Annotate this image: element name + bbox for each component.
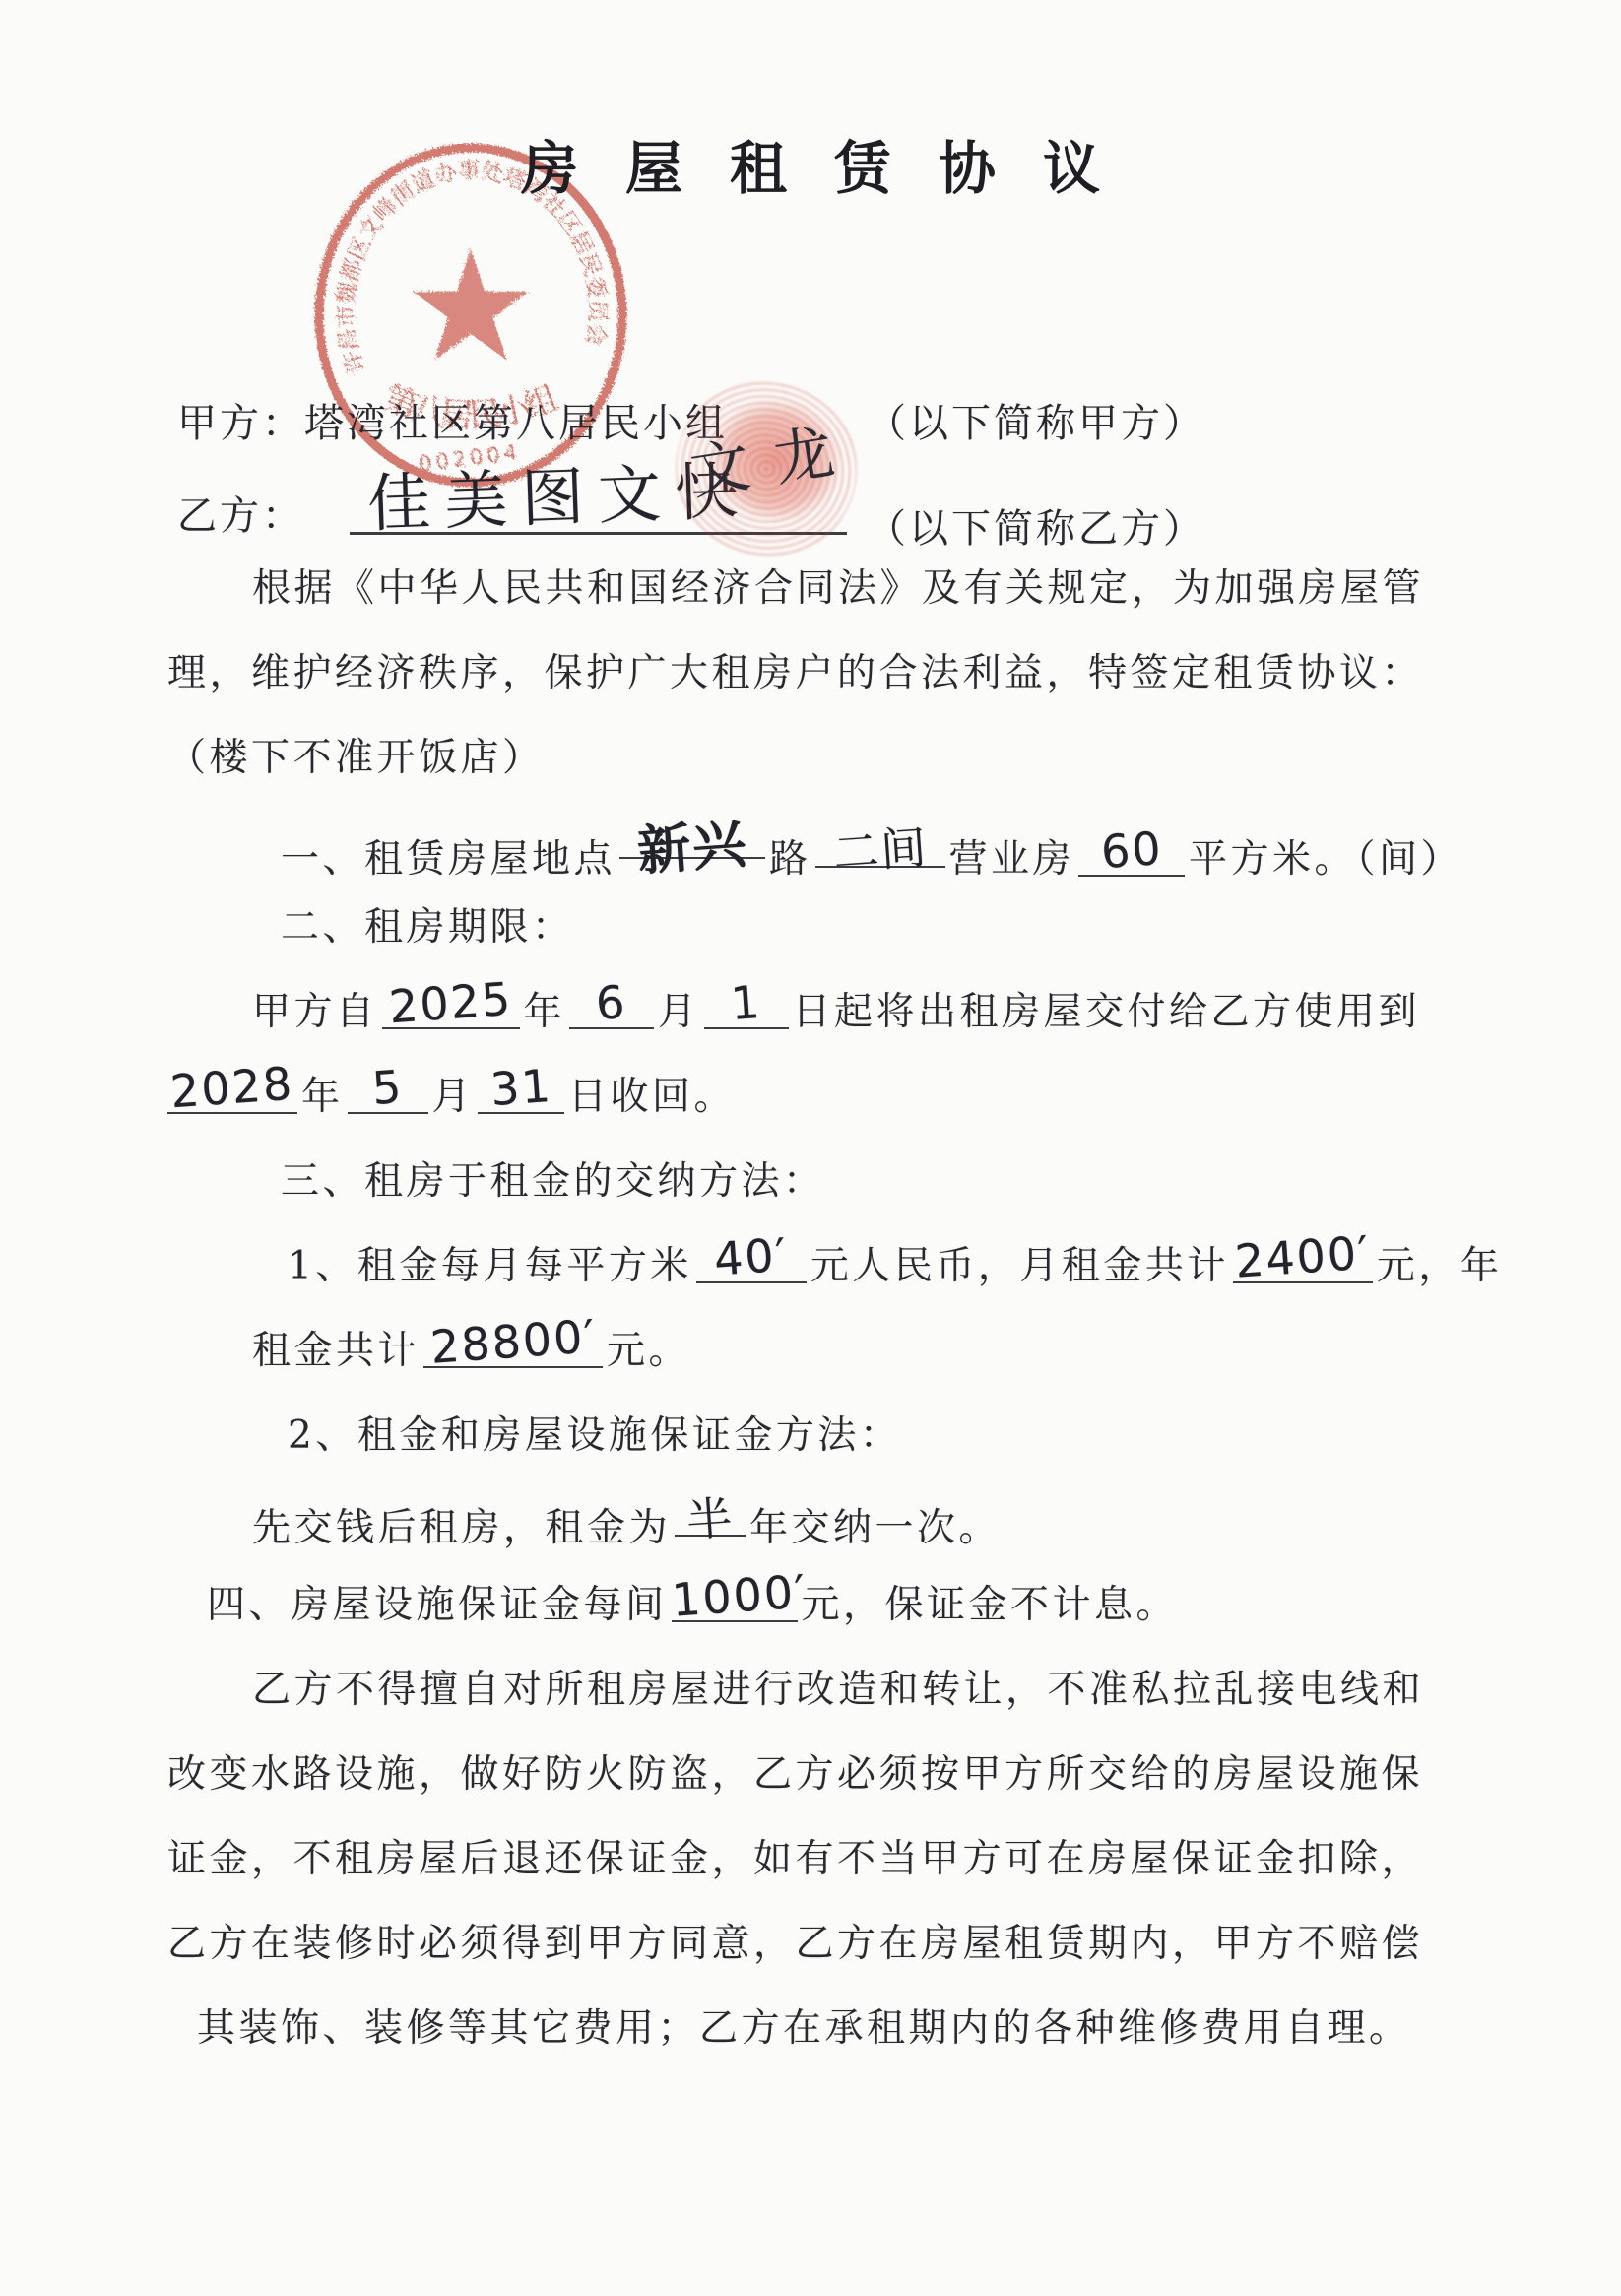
rate-value: 40′ bbox=[713, 1227, 791, 1285]
rate-suffix: 元，年 bbox=[1377, 1244, 1503, 1288]
clause3-item1-line1: 1、租金每月每平方米40′元人民币，月租金共计2400′元，年 bbox=[288, 1235, 1502, 1290]
start-year-value: 2025 bbox=[387, 972, 514, 1034]
deposit-prefix: 四、房屋设施保证金每间 bbox=[207, 1583, 668, 1627]
clause1-line: 一、租赁房屋地点新兴路二间营业房60平方米。（间） bbox=[281, 812, 1462, 884]
end-year-blank: 2028 bbox=[167, 1067, 297, 1114]
yearly-rent-blank: 28800′ bbox=[423, 1321, 603, 1368]
end-day-value: 31 bbox=[488, 1059, 553, 1116]
payment-rule-suffix: 年交纳一次。 bbox=[749, 1506, 1001, 1550]
start-month-blank: 6 bbox=[569, 982, 654, 1029]
room-count-blank: 二间 bbox=[815, 820, 945, 868]
lease-start-prefix: 甲方自 bbox=[252, 990, 378, 1034]
clause4-line: 四、房屋设施保证金每间1000′元，保证金不计息。 bbox=[207, 1574, 1178, 1629]
preamble-line-3: （楼下不准开饭店） bbox=[167, 727, 545, 782]
month-label-2: 月 bbox=[432, 1075, 475, 1119]
payment-rule-prefix: 先交钱后租房，租金为 bbox=[252, 1506, 671, 1550]
lease-end-suffix: 日收回。 bbox=[568, 1075, 736, 1119]
lease-start-suffix: 日起将出租房屋交付给乙方使用到 bbox=[793, 990, 1421, 1034]
party-a-value: 塔湾社区第八居民小组 bbox=[304, 401, 728, 446]
half-year-value: 半 bbox=[684, 1481, 736, 1549]
monthly-rent-value: 2400′ bbox=[1233, 1225, 1372, 1287]
clause3-item2-heading: 2、租金和房屋设施保证金方法： bbox=[288, 1405, 901, 1460]
clause1-road-label: 路 bbox=[769, 837, 811, 882]
party-a-label: 甲方： bbox=[177, 401, 304, 446]
monthly-rent-label: 元人民币，月租金共计 bbox=[810, 1244, 1229, 1288]
body-line-1: 乙方不得擅自对所租房屋进行改造和转让，不准私拉乱接电线和 bbox=[252, 1659, 1424, 1714]
year-label: 年 bbox=[524, 990, 566, 1034]
party-b-label: 乙方： bbox=[177, 485, 304, 541]
deposit-suffix: 元，保证金不计息。 bbox=[802, 1583, 1179, 1627]
clause3-item2-line: 先交钱后租房，租金为半年交纳一次。 bbox=[252, 1489, 1001, 1552]
start-day-value: 1 bbox=[729, 975, 763, 1030]
document-title: 房屋租赁协议 bbox=[0, 122, 1621, 205]
area-value: 60 bbox=[1099, 821, 1164, 879]
start-day-blank: 1 bbox=[704, 982, 789, 1029]
monthly-rent-blank: 2400′ bbox=[1233, 1236, 1373, 1283]
clause1-text: 一、租赁房屋地点 bbox=[281, 837, 616, 882]
preamble-line-2: 理，维护经济秩序，保护广大租房户的合法利益，特签定租赁协议： bbox=[167, 642, 1423, 697]
body-line-2: 改变水路设施，做好防火防盗，乙方必须按甲方所交给的房屋设施保 bbox=[167, 1743, 1423, 1799]
body-line-3: 证金，不租房屋后退还保证金，如有不当甲方可在房屋保证金扣除， bbox=[167, 1828, 1423, 1883]
clause2-heading: 二、租房期限： bbox=[281, 896, 574, 951]
start-year-blank: 2025 bbox=[382, 982, 520, 1029]
rate-prefix: 1、租金每月每平方米 bbox=[288, 1244, 692, 1288]
deposit-blank: 1000′ bbox=[672, 1575, 798, 1622]
road-name-blank: 新兴 bbox=[619, 812, 765, 859]
yearly-rent-value: 28800′ bbox=[428, 1309, 598, 1374]
road-name-value: 新兴 bbox=[634, 802, 749, 886]
party-b-note: （以下简称乙方） bbox=[867, 497, 1205, 554]
deposit-value: 1000′ bbox=[670, 1564, 809, 1626]
area-blank: 60 bbox=[1078, 829, 1185, 877]
half-year-blank: 半 bbox=[675, 1489, 746, 1537]
body-line-5: 其装饰、装修等其它费用；乙方在承租期内的各种维修费用自理。 bbox=[197, 1998, 1411, 2053]
body-line-4: 乙方在装修时必须得到甲方同意，乙方在房屋租赁期内，甲方不赔偿 bbox=[167, 1913, 1423, 1968]
yearly-rent-label: 租金共计 bbox=[252, 1329, 420, 1373]
clause3-heading: 三、租房于租金的交纳方法： bbox=[281, 1150, 825, 1206]
preamble-line-1: 根据《中华人民共和国经济合同法》及有关规定，为加强房屋管 bbox=[252, 558, 1424, 613]
clause1-area-unit: 平方米。（间） bbox=[1189, 837, 1462, 882]
party-a-line: 甲方：塔湾社区第八居民小组 bbox=[177, 392, 728, 448]
seal-star-icon bbox=[413, 248, 529, 360]
clause1-premises-label: 营业房 bbox=[949, 837, 1075, 882]
party-a-note: （以下简称甲方） bbox=[867, 392, 1205, 448]
year-label-2: 年 bbox=[301, 1075, 344, 1119]
clause2-start-line: 甲方自2025年6月1日起将出租房屋交付给乙方使用到 bbox=[252, 981, 1420, 1036]
clause3-item1-line2: 租金共计28800′元。 bbox=[252, 1320, 690, 1375]
end-day-blank: 31 bbox=[478, 1067, 564, 1114]
end-month-value: 5 bbox=[370, 1060, 405, 1115]
end-month-blank: 5 bbox=[348, 1067, 428, 1114]
scanned-rental-agreement-page: 许昌市魏都区文峰街道办事处塔湾社区居民委员会 第八居民小组 002004 房屋租… bbox=[0, 0, 1621, 2296]
clause2-end-line: 2028年5月31日收回。 bbox=[167, 1066, 736, 1121]
yearly-rent-suffix: 元。 bbox=[607, 1329, 690, 1373]
start-month-value: 6 bbox=[595, 975, 629, 1030]
rate-blank: 40′ bbox=[696, 1236, 807, 1283]
room-count-value: 二间 bbox=[830, 812, 929, 884]
end-year-value: 2028 bbox=[169, 1057, 296, 1119]
month-label: 月 bbox=[658, 990, 700, 1034]
